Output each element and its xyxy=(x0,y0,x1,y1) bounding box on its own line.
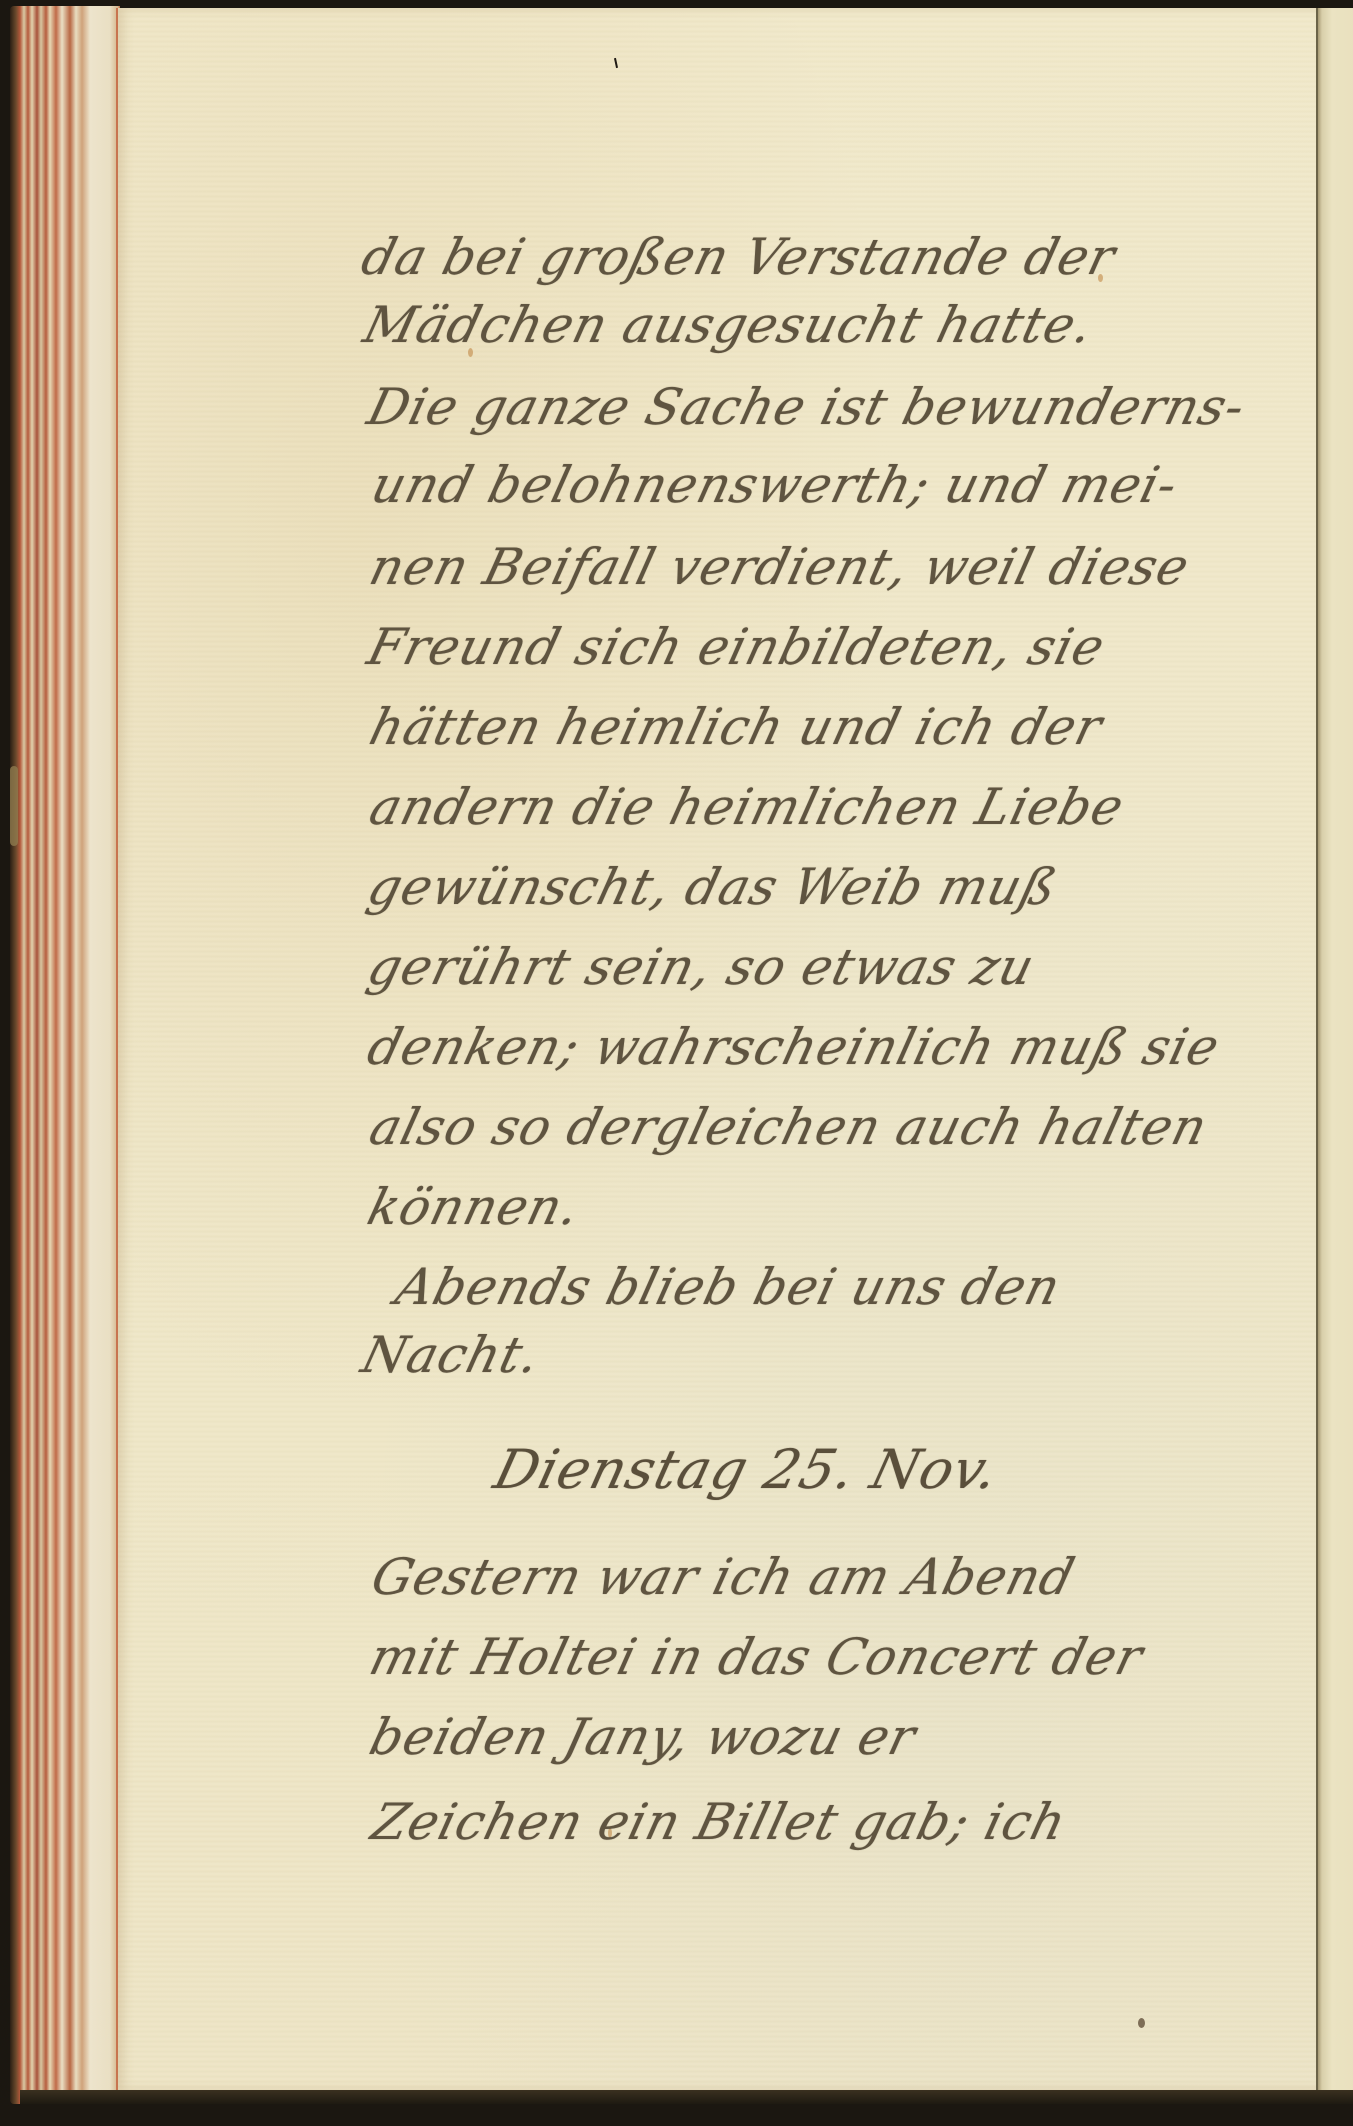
text-line: gerührt sein, so etwas zu xyxy=(362,938,1041,996)
text-line: Freund sich einbildeten, sie xyxy=(362,618,1111,676)
text-line: Zeichen ein Billet gab; ich xyxy=(366,1793,1072,1851)
text-line: Gestern war ich am Abend xyxy=(366,1548,1081,1606)
text-line: Abends blieb bei uns den xyxy=(390,1258,1067,1316)
manuscript-page: da bei großen Verstande der Mädchen ausg… xyxy=(116,8,1318,2090)
text-line: können. xyxy=(362,1178,586,1236)
text-line: Die ganze Sache ist bewunderns- xyxy=(362,378,1251,436)
book-cover-bottom-edge xyxy=(20,2090,1353,2104)
text-line: da bei großen Verstande der xyxy=(356,228,1122,286)
text-line: also so dergleichen auch halten xyxy=(364,1098,1214,1156)
text-line: Nacht. xyxy=(356,1326,546,1384)
entry-date-heading: Dienstag 25. Nov. xyxy=(488,1438,1005,1501)
text-line: beiden Jany, wozu er xyxy=(364,1708,922,1766)
text-line: Mädchen ausgesucht hatte. xyxy=(358,296,1099,354)
text-line: und belohnenswerth; und mei- xyxy=(366,456,1184,514)
text-line: denken; wahrscheinlich muß sie xyxy=(362,1018,1226,1076)
adjacent-leaf-edge xyxy=(1316,8,1353,2090)
text-line: gewünscht, das Weib muß xyxy=(362,858,1063,916)
text-line: mit Holtei in das Concert der xyxy=(364,1628,1149,1686)
text-line: andern die heimlichen Liebe xyxy=(364,778,1130,836)
text-line: hätten heimlich und ich der xyxy=(364,698,1109,756)
page-stack-edges xyxy=(10,6,120,2104)
manuscript-scan: da bei großen Verstande der Mädchen ausg… xyxy=(0,0,1353,2126)
handwritten-text: da bei großen Verstande der Mädchen ausg… xyxy=(118,8,1318,2090)
text-line: nen Beifall verdient, weil diese xyxy=(364,538,1195,596)
